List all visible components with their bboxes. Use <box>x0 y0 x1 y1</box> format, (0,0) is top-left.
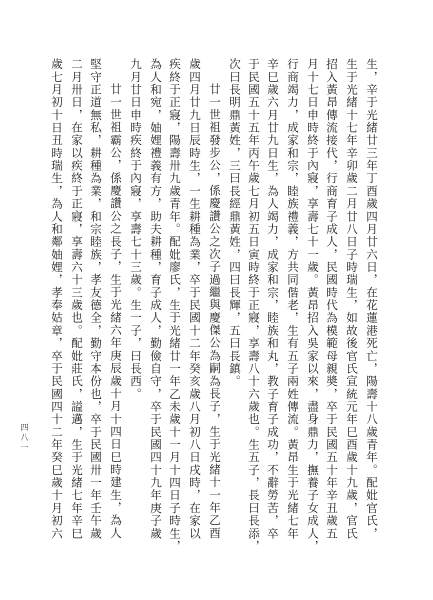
text-column-15: 堅守正道無私，耕種為業，和宗睦族，孝友德全，勤守本份也，卒于民國卅一年壬午歲 <box>89 58 103 540</box>
document-page: 生，辛于光緒廿三年丁酉歲四月廿六日，在花蓮港死亡，陽壽十八歲青年。配妣官氏， 生… <box>0 0 433 600</box>
text-column-8: 次曰長明鼎黃姓，三曰長經鼎黃姓，四曰長輝，五曰長鎮。 <box>228 58 242 388</box>
text-column-12: 為人和宛，妯娌禮義有方，助夫耕種，育子成人，勤儉自守，卒于民國四十九年庚子歲 <box>149 58 163 540</box>
text-column-5: 行商竭力，成家和宗，睦族禮義，方共同偕老，生有五子兩姓傳流。黃昂生于光緒七年 <box>286 58 300 540</box>
text-column-9: 廿一世祖發步公，係慶讚公之次子過繼與慶傑公為嗣為長子，生于光緒十一年乙酉 <box>208 83 222 539</box>
text-column-14: 廿一世祖霸公，係慶讚公之長子，生于光緒六年庚辰歲十月十四日巳時建生，為人 <box>109 83 123 539</box>
text-column-4: 月十七日申時終于內寢，享壽七十一歲。黃昂招入吳家以來，盡身鼎力，撫養子女成人， <box>306 58 320 553</box>
text-column-2: 生于光緒十七年辛卯歲二月廿八日子時瑞生，如故後官氏宣統元年巳酉歲十九歲，官氏 <box>345 58 359 540</box>
text-column-11: 疾終于正寢，陽壽卅九歲青年。配妣廖氏，生于光緒廿一年乙未歲十一月十四日子時生， <box>168 58 182 553</box>
text-column-16: 二月卅日，在家以疾終于正寢，享壽六十三歲也。配妣莊氏，謚邁，生于光緒七年辛巳 <box>70 58 84 540</box>
text-column-1: 生，辛于光緒廿三年丁酉歲四月廿六日，在花蓮港死亡，陽壽十八歲青年。配妣官氏， <box>365 58 379 540</box>
text-column-6: 辛巳歲六月廿九日生，為人竭力，成家和宗，睦族和丸，教子育子成功，不辭勞苦，卒 <box>266 58 280 540</box>
text-column-7: 于民國五十五年丙午歲七月初五日寅時終于正寢，享壽八十六歲也。生五子，長曰長添， <box>247 58 261 553</box>
text-column-3: 招入黃昂傳流接代，行商育子成人，民國時代為模範母親奬，卒于民國五十年辛丑歲五 <box>325 58 339 540</box>
text-column-13: 九月廿日申時疾終于內寢，享壽七十三歲。生一子，曰長西。 <box>129 58 143 400</box>
text-column-17: 歲七月初十日丑時瑞生，為人和鄰妯娌，孝奉姑章，卒于民國四十二年癸巳歲十月初六 <box>50 58 64 540</box>
text-column-10: 歲四月廿九日辰時生，一生耕種為業，卒于民國十二年癸亥歲八月初八日戌時，在家以 <box>188 58 202 540</box>
page-number: 四八一 <box>20 423 30 453</box>
